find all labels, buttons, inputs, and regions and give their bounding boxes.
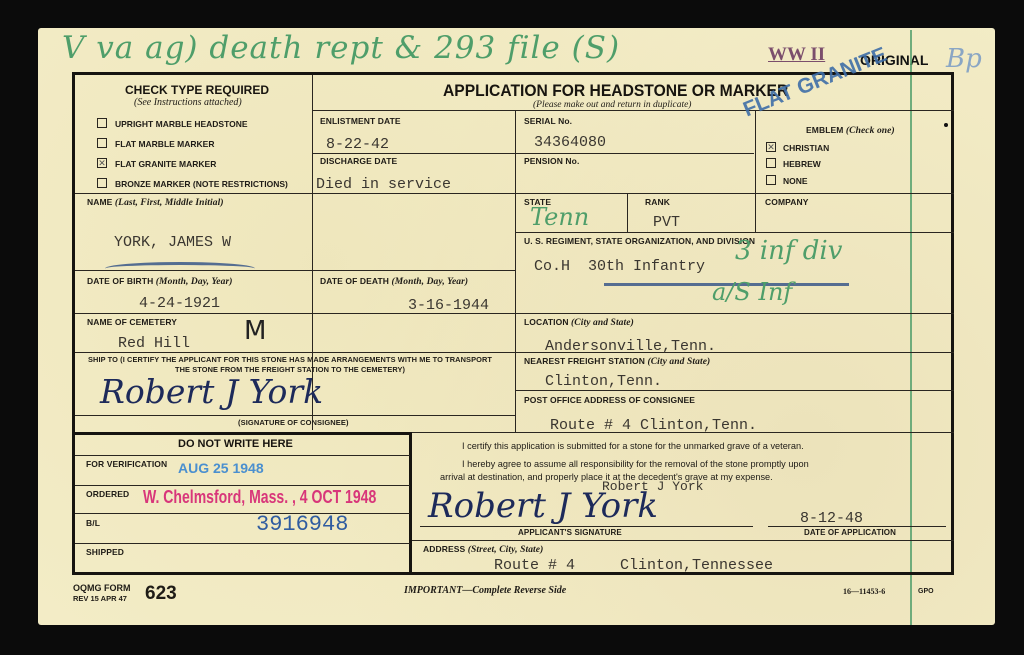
- form-number: 623: [145, 583, 177, 605]
- serial-no-value: 34364080: [534, 134, 606, 151]
- divider: [75, 313, 954, 314]
- divider: [515, 232, 954, 233]
- location-value: Andersonville,Tenn.: [545, 338, 716, 355]
- top-handwritten-note: V va ag) death rept & 293 file (S): [62, 30, 620, 66]
- divider: [410, 540, 954, 541]
- discharge-date-label: DISCHARGE DATE: [320, 156, 397, 166]
- certification-line-1: I certify this application is submitted …: [462, 441, 804, 451]
- form-title: APPLICATION FOR HEADSTONE OR MARKER: [443, 81, 788, 101]
- certification-line-2: I hereby agree to assume all responsibil…: [462, 459, 809, 469]
- applicant-signature-label: APPLICANT'S SIGNATURE: [518, 528, 622, 537]
- enlistment-date-label: ENLISTMENT DATE: [320, 116, 401, 126]
- name-label: NAME (Last, First, Middle Initial): [87, 197, 224, 208]
- verification-label: FOR VERIFICATION: [86, 459, 167, 469]
- margin-note: Bp: [946, 44, 982, 74]
- printer-mark: GPO: [918, 588, 934, 595]
- divider: [75, 455, 410, 456]
- ship-to-label: SHIP TO (I CERTIFY THE APPLICANT FOR THI…: [88, 355, 492, 364]
- regiment-label: U. S. REGIMENT, STATE ORGANIZATION, AND …: [524, 236, 755, 246]
- rank-value: PVT: [653, 214, 680, 231]
- blue-pen-underline: [105, 262, 255, 275]
- option-upright-marble: UPRIGHT MARBLE HEADSTONE: [115, 119, 248, 129]
- form-subtitle: (Please make out and return in duplicate…: [533, 100, 691, 110]
- serial-no-label: SERIAL No.: [524, 116, 572, 126]
- cemetery-mark: M: [244, 316, 266, 346]
- date-of-death-value: 3-16-1944: [408, 297, 489, 314]
- checkbox-christian[interactable]: ✕: [766, 142, 776, 152]
- divider: [312, 110, 954, 111]
- checkbox-none[interactable]: [766, 175, 776, 185]
- shipped-label: SHIPPED: [86, 547, 124, 557]
- location-label: LOCATION (City and State): [524, 317, 634, 328]
- consignee-signature: Robert J York: [100, 372, 323, 411]
- freight-station-label: NEAREST FREIGHT STATION (City and State): [524, 356, 710, 367]
- application-date: 8-12-48: [800, 510, 863, 527]
- divider: [420, 526, 753, 527]
- option-bronze: BRONZE MARKER (NOTE RESTRICTIONS): [115, 179, 288, 189]
- application-date-label: DATE OF APPLICATION: [804, 528, 896, 537]
- freight-station-value: Clinton,Tenn.: [545, 373, 662, 390]
- divider: [75, 193, 954, 194]
- checkbox-bronze[interactable]: [97, 178, 107, 188]
- emblem-none: NONE: [783, 176, 808, 186]
- divider: [755, 110, 756, 232]
- divider: [75, 352, 954, 353]
- state-handwriting: Tenn: [530, 203, 589, 231]
- address-value: Route # 4 Clinton,Tennessee: [494, 557, 773, 574]
- ordered-label: ORDERED: [86, 489, 129, 499]
- enlistment-date-value: 8-22-42: [326, 136, 389, 153]
- division-handwriting-2: a/S Inf: [712, 278, 792, 306]
- check-type-subheading: (See Instructions attached): [134, 97, 242, 108]
- option-flat-granite: FLAT GRANITE MARKER: [115, 159, 216, 169]
- bl-stamp: 3916948: [256, 512, 348, 537]
- date-of-birth-label: DATE OF BIRTH (Month, Day, Year): [87, 276, 233, 287]
- office-use-heading: DO NOT WRITE HERE: [178, 438, 293, 450]
- regiment-value: Co.H 30th Infantry: [534, 258, 705, 275]
- divider: [627, 193, 628, 233]
- date-of-death-label: DATE OF DEATH (Month, Day, Year): [320, 276, 468, 287]
- divider: [515, 390, 954, 391]
- consignee-address-value: Route # 4 Clinton,Tenn.: [550, 417, 757, 434]
- divider: [75, 513, 410, 514]
- consignee-signature-label: (SIGNATURE OF CONSIGNEE): [238, 418, 349, 427]
- check-type-heading: CHECK TYPE REQUIRED: [125, 83, 269, 97]
- form-id-line-1: OQMG FORM: [73, 583, 131, 593]
- cemetery-value: Red Hill: [118, 335, 190, 352]
- emblem-heading: EMBLEM (Check one): [806, 125, 895, 136]
- bl-label: B/L: [86, 518, 100, 528]
- print-code: 16—11453-6: [843, 587, 885, 596]
- checkbox-upright-marble[interactable]: [97, 118, 107, 128]
- checkbox-flat-granite[interactable]: ✕: [97, 158, 107, 168]
- discharge-date-value: Died in service: [316, 176, 451, 193]
- option-flat-marble: FLAT MARBLE MARKER: [115, 139, 214, 149]
- company-label: COMPANY: [765, 197, 809, 207]
- cemetery-label: NAME OF CEMETERY: [87, 317, 177, 327]
- emblem-hebrew: HEBREW: [783, 159, 821, 169]
- division-handwriting: 3 inf div: [735, 236, 842, 266]
- divider: [312, 270, 313, 313]
- pension-no-label: PENSION No.: [524, 156, 579, 166]
- dot-mark: [944, 123, 948, 127]
- divider: [768, 526, 946, 527]
- divider: [312, 153, 754, 154]
- name-value: YORK, JAMES W: [114, 234, 231, 251]
- applicant-signature: Robert J York: [428, 486, 658, 526]
- divider: [515, 110, 516, 432]
- important-notice: IMPORTANT—Complete Reverse Side: [404, 585, 566, 596]
- checkbox-hebrew[interactable]: [766, 158, 776, 168]
- verification-stamp: AUG 25 1948: [178, 460, 264, 476]
- form-id-line-2: REV 15 APR 47: [73, 594, 127, 603]
- ordered-stamp: W. Chelmsford, Mass. , 4 OCT 1948: [143, 487, 376, 508]
- rank-label: RANK: [645, 197, 670, 207]
- address-label: ADDRESS (Street, City, State): [423, 544, 543, 555]
- consignee-address-label: POST OFFICE ADDRESS OF CONSIGNEE: [524, 395, 695, 405]
- divider: [75, 543, 410, 544]
- date-of-birth-value: 4-24-1921: [139, 295, 220, 312]
- divider: [75, 485, 410, 486]
- emblem-christian: CHRISTIAN: [783, 143, 829, 153]
- divider: [75, 415, 515, 416]
- ww-ii-stamp: WW II: [768, 44, 825, 66]
- checkbox-flat-marble[interactable]: [97, 138, 107, 148]
